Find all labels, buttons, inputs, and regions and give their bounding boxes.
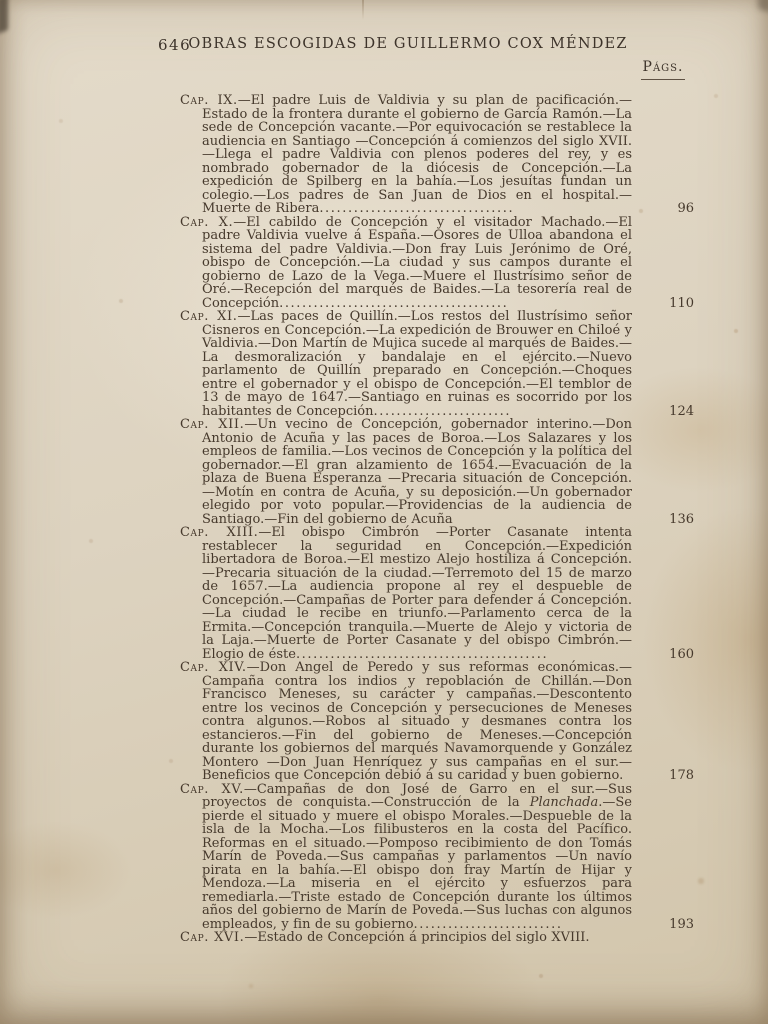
page-number-value: 193 <box>646 918 694 932</box>
pages-column-label: Págs. <box>643 59 684 75</box>
page-number-value: 96 <box>646 202 694 216</box>
paper-crease <box>362 0 364 20</box>
pages-column-rule <box>641 79 685 80</box>
chapter-summary-text: Cap. XI.—Las paces de Quillín.—Los resto… <box>180 310 632 418</box>
summary-segment: —El obispo Cimbrón —Porter Casanate inte… <box>202 525 632 662</box>
chapter-summary-body: —Campañas de don José de Garro en el sur… <box>202 782 632 932</box>
chapter-summary-body: —Un vecino de Concepción, gobernador int… <box>202 417 632 527</box>
page-number-value: 110 <box>646 297 694 311</box>
foxing-speckles <box>0 0 2 2</box>
summary-segment: .—Se pierde el situado y muere el obispo… <box>202 795 632 932</box>
chapter-summary-body: —Don Angel de Peredo y sus reformas econ… <box>202 660 632 783</box>
chapter-summary-text: Cap. XII.—Un vecino de Concepción, gober… <box>180 418 632 526</box>
toc-entry: Cap. IX.—El padre Luis de Valdivia y su … <box>180 94 632 216</box>
page-number-value: 160 <box>646 648 694 662</box>
summary-segment: —Estado de Concepción á principios del s… <box>244 930 589 945</box>
toc-entry: Cap. XV.—Campañas de don José de Garro e… <box>180 783 632 932</box>
summary-segment: —Las paces de Quillín.—Los restos del Il… <box>202 309 632 419</box>
summary-segment: —Un vecino de Concepción, gobernador int… <box>202 417 632 527</box>
toc-entry: Cap. X.—El cabildo de Concepción y el vi… <box>180 216 632 311</box>
chapter-summary-text: Cap. XV.—Campañas de don José de Garro e… <box>180 783 632 932</box>
page-number-value: 124 <box>646 405 694 419</box>
toc-entry: Cap. XIV.—Don Angel de Peredo y sus refo… <box>180 661 632 783</box>
corner-shadow-top-right <box>758 0 768 13</box>
book-page-photo: { "page": { "header": { "folio": "646", … <box>0 0 768 1024</box>
chapter-summary-body: —El cabildo de Concepción y el visitador… <box>202 215 632 311</box>
summary-segment: —Don Angel de Peredo y sus reformas econ… <box>202 660 632 783</box>
toc-entry: Cap. XII.—Un vecino de Concepción, gober… <box>180 418 632 526</box>
chapter-summary-text: Cap. IX.—El padre Luis de Valdivia y su … <box>180 94 632 216</box>
table-of-contents: Cap. IX.—El padre Luis de Valdivia y su … <box>180 94 632 945</box>
chapter-summary-body: —Las paces de Quillín.—Los restos del Il… <box>202 309 632 419</box>
toc-entry: Cap. XVI.—Estado de Concepción á princip… <box>180 931 632 945</box>
running-title: OBRAS ESCOGIDAS DE GUILLERMO COX MÉNDEZ <box>180 36 636 52</box>
toc-entry: Cap. XIII.—El obispo Cimbrón —Porter Cas… <box>180 526 632 661</box>
chapter-summary-body: —Estado de Concepción á principios del s… <box>244 930 589 945</box>
chapter-summary-text: Cap. XVI.—Estado de Concepción á princip… <box>180 931 632 945</box>
chapter-summary-body: —El padre Luis de Valdivia y su plan de … <box>202 93 632 216</box>
toc-entry: Cap. XI.—Las paces de Quillín.—Los resto… <box>180 310 632 418</box>
page-number-value: 136 <box>646 513 694 527</box>
chapter-label: Cap. XVI. <box>180 930 244 945</box>
summary-segment: —El padre Luis de Valdivia y su plan de … <box>202 93 632 216</box>
corner-shadow-top-left <box>0 0 8 34</box>
chapter-summary-body: —El obispo Cimbrón —Porter Casanate inte… <box>202 525 632 662</box>
pages-column-header: Págs. <box>632 56 694 80</box>
page-number-value: 178 <box>646 769 694 783</box>
chapter-summary-text: Cap. XIV.—Don Angel de Peredo y sus refo… <box>180 661 632 783</box>
chapter-summary-text: Cap. X.—El cabildo de Concepción y el vi… <box>180 216 632 311</box>
chapter-summary-text: Cap. XIII.—El obispo Cimbrón —Porter Cas… <box>180 526 632 661</box>
